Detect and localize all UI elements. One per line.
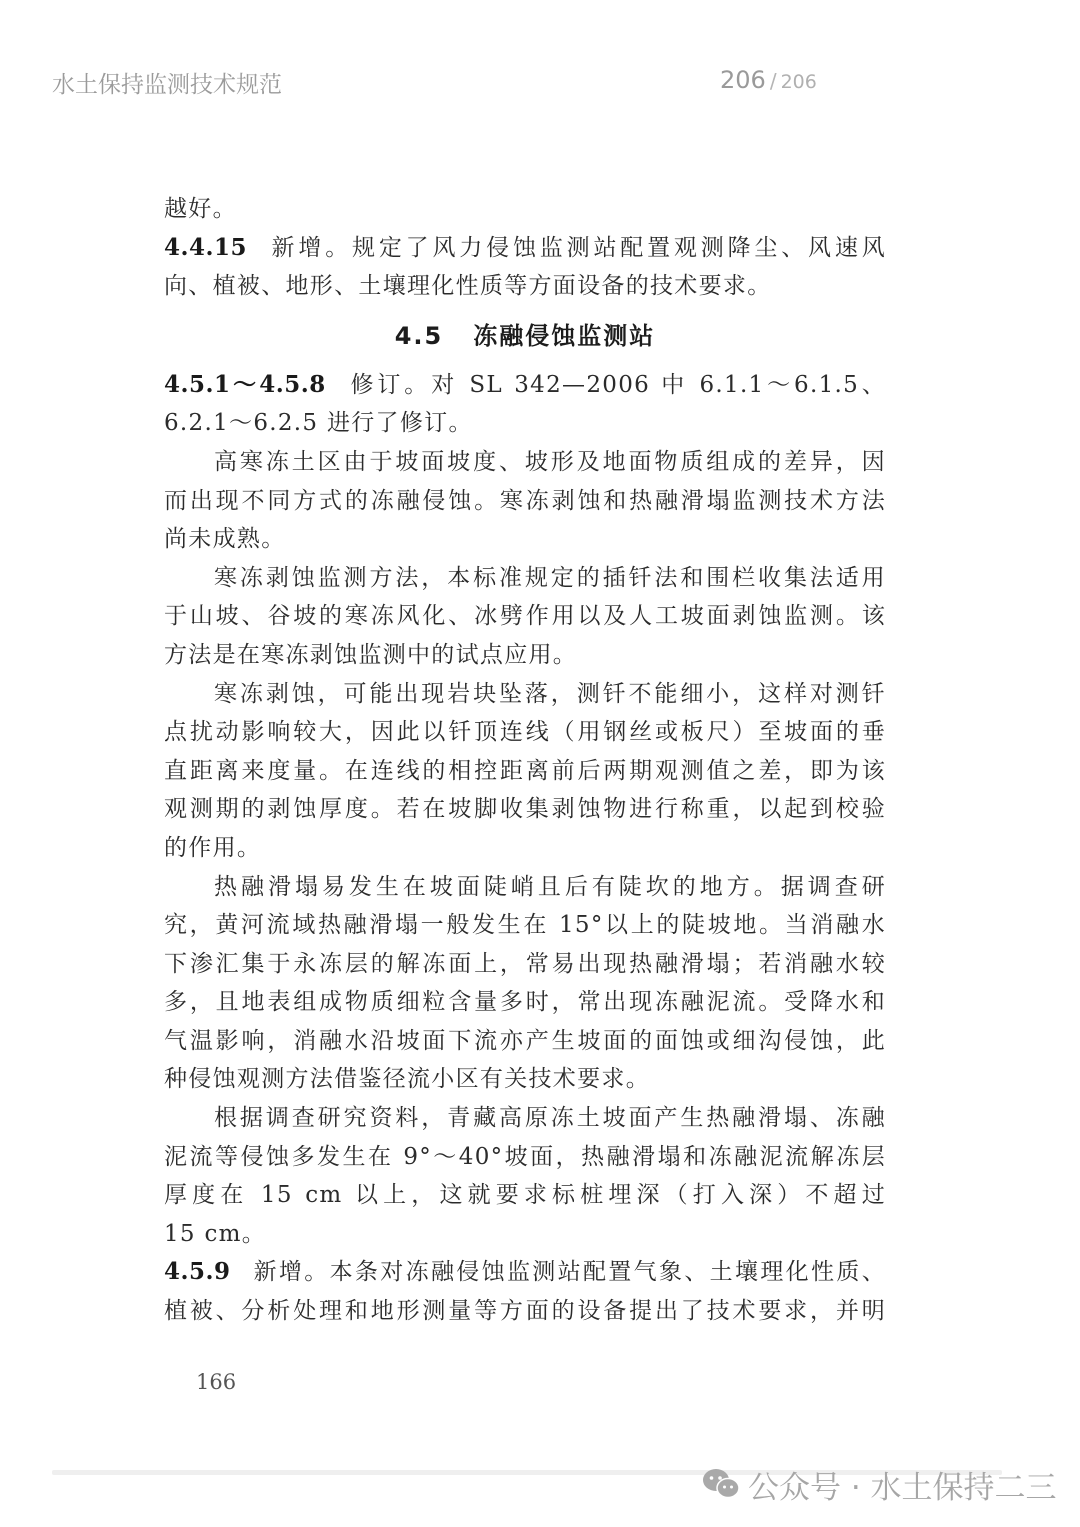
current-page: 206	[720, 66, 766, 94]
paragraph-line: 厚度在 15 cm 以上，这就要求标桩埋深（打入深）不超过	[164, 1176, 886, 1215]
paragraph-line: 方法是在寒冻剥蚀监测中的试点应用。	[164, 636, 886, 675]
clause-4-4-15-line-2: 向、植被、地形、土壤理化性质等方面设备的技术要求。	[164, 267, 886, 306]
print-page-number: 166	[196, 1370, 236, 1394]
clause-text: 新增。规定了风力侵蚀监测站配置观测降尘、风速风	[269, 235, 886, 261]
paragraph-line: 直距离来度量。在连线的相控距离前后两期观测值之差，即为该	[164, 752, 886, 791]
clause-4-5-9-line-1: 4.5.9新增。本条对冻融侵蚀监测站配置气象、土壤理化性质、	[164, 1253, 886, 1292]
paragraph-line: 于山坡、谷坡的寒冻风化、冰劈作用以及人工坡面剥蚀监测。该	[164, 597, 886, 636]
paragraph-line: 根据调查研究资料，青藏高原冻土坡面产生热融滑塌、冻融	[164, 1099, 886, 1138]
clause-number: 4.5.1～4.5.8	[164, 371, 326, 398]
clause-4-5-9-line-2: 植被、分析处理和地形测量等方面的设备提出了技术要求，并明	[164, 1292, 886, 1331]
paragraph-line: 观测期的剥蚀厚度。若在坡脚收集剥蚀物进行称重，以起到校验	[164, 790, 886, 829]
paragraph-line: 多，且地表组成物质细粒含量多时，常出现冻融泥流。受降水和	[164, 983, 886, 1022]
clause-number: 4.5.9	[164, 1258, 231, 1285]
section-number: 4.5	[395, 322, 444, 350]
page-separator: /	[770, 69, 777, 93]
paragraph-line: 的作用。	[164, 829, 886, 868]
clause-4-4-15-line-1: 4.4.15新增。规定了风力侵蚀监测站配置观测降尘、风速风	[164, 229, 886, 268]
paragraph-line: 寒冻剥蚀，可能出现岩块坠落，测钎不能细小，这样对测钎	[164, 675, 886, 714]
text-line: 越好。	[164, 190, 886, 229]
paragraph-line: 高寒冻土区由于坡面坡度、坡形及地面物质组成的差异，因	[164, 443, 886, 482]
paragraph-line: 15 cm。	[164, 1215, 886, 1254]
watermark-text: 公众号 · 水土保持二三	[748, 1462, 1057, 1507]
clause-4-5-1-line-2: 6.2.1～6.2.5 进行了修订。	[164, 404, 886, 443]
paragraph-line: 寒冻剥蚀监测方法，本标准规定的插钎法和围栏收集法适用	[164, 559, 886, 598]
clause-4-5-1-line-1: 4.5.1～4.5.8修订。对 SL 342—2006 中 6.1.1～6.1.…	[164, 366, 886, 405]
paragraph-line: 热融滑塌易发生在坡面陡峭且后有陡坎的地方。据调查研	[164, 868, 886, 907]
paragraph-line: 尚未成熟。	[164, 520, 886, 559]
paragraph-line: 下渗汇集于永冻层的解冻面上，常易出现热融滑塌；若消融水较	[164, 945, 886, 984]
paragraph-line: 究，黄河流域热融滑塌一般发生在 15°以上的陡坡地。当消融水	[164, 906, 886, 945]
page-counter: 206/206	[720, 66, 817, 94]
watermark: 公众号 · 水土保持二三	[702, 1462, 1057, 1506]
clause-number: 4.4.15	[164, 234, 247, 261]
total-pages: 206	[781, 71, 817, 93]
reader-header: 水土保持监测技术规范 206/206	[0, 62, 1080, 102]
clause-text: 新增。本条对冻融侵蚀监测站配置气象、土壤理化性质、	[253, 1259, 886, 1285]
section-heading: 4.5冻融侵蚀监测站	[164, 306, 886, 366]
document-page: 越好。 4.4.15新增。规定了风力侵蚀监测站配置观测降尘、风速风 向、植被、地…	[164, 190, 886, 1331]
paragraph-line: 种侵蚀观测方法借鉴径流小区有关技术要求。	[164, 1060, 886, 1099]
paragraph-line: 点扰动影响较大，因此以钎顶连线（用钢丝或板尺）至坡面的垂	[164, 713, 886, 752]
wechat-icon	[702, 1467, 740, 1501]
clause-text: 修订。对 SL 342—2006 中 6.1.1～6.1.5、	[348, 372, 886, 398]
paragraph-line: 气温影响，消融水沿坡面下流亦产生坡面的面蚀或细沟侵蚀，此	[164, 1022, 886, 1061]
paragraph-line: 而出现不同方式的冻融侵蚀。寒冻剥蚀和热融滑塌监测技术方法	[164, 482, 886, 521]
paragraph-line: 泥流等侵蚀多发生在 9°～40°坡面，热融滑塌和冻融泥流解冻层	[164, 1138, 886, 1177]
section-title: 冻融侵蚀监测站	[473, 322, 655, 350]
document-title: 水土保持监测技术规范	[52, 66, 282, 99]
